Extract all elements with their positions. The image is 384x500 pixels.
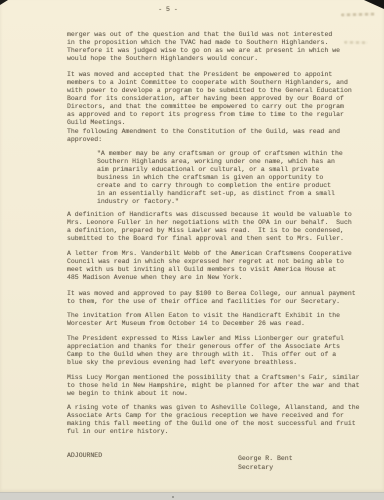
paragraph-craftsmens-fair: Miss Lucy Morgan mentioned the possibili… (67, 374, 360, 398)
paragraph-berea-payment: It was moved and approved to pay $100 to… (67, 290, 356, 306)
paragraph-merger-decision: merger was out of the question and that … (67, 31, 340, 63)
scanner-edge-strip (0, 492, 384, 500)
page-number: - 5 - (140, 6, 196, 14)
paragraph-worcester-invitation: The invitation from Allen Eaton to visit… (67, 312, 340, 328)
signature-name: George R. Bent (238, 455, 293, 462)
pencil-mark (344, 41, 368, 44)
paragraph-handicraft-definition: A definition of Handicrafts was discusse… (67, 211, 352, 243)
scan-speck (172, 496, 174, 498)
scanned-page: - 5 - merger was out of the question and… (0, 0, 384, 500)
amendment-quote-block: "A member may be any craftsman or group … (97, 150, 343, 206)
paragraph-arts-camp-offer: The President expressed to Miss Lawler a… (67, 335, 344, 367)
paragraph-amendment-intro: The following Amendment to the Constitut… (67, 128, 340, 144)
paragraph-vanderbilt-webb-letter: A letter from Mrs. Vanderbilt Webb of th… (67, 250, 352, 282)
paragraph-joint-committee: It was moved and accepted that the Presi… (67, 71, 352, 127)
signature-title: Secretary (238, 464, 273, 471)
signature-block: George R. BentSecretary (238, 454, 293, 472)
paragraph-vote-of-thanks: A rising vote of thanks was given to Ash… (67, 404, 360, 436)
adjourned-label: ADJOURNED (67, 452, 102, 460)
